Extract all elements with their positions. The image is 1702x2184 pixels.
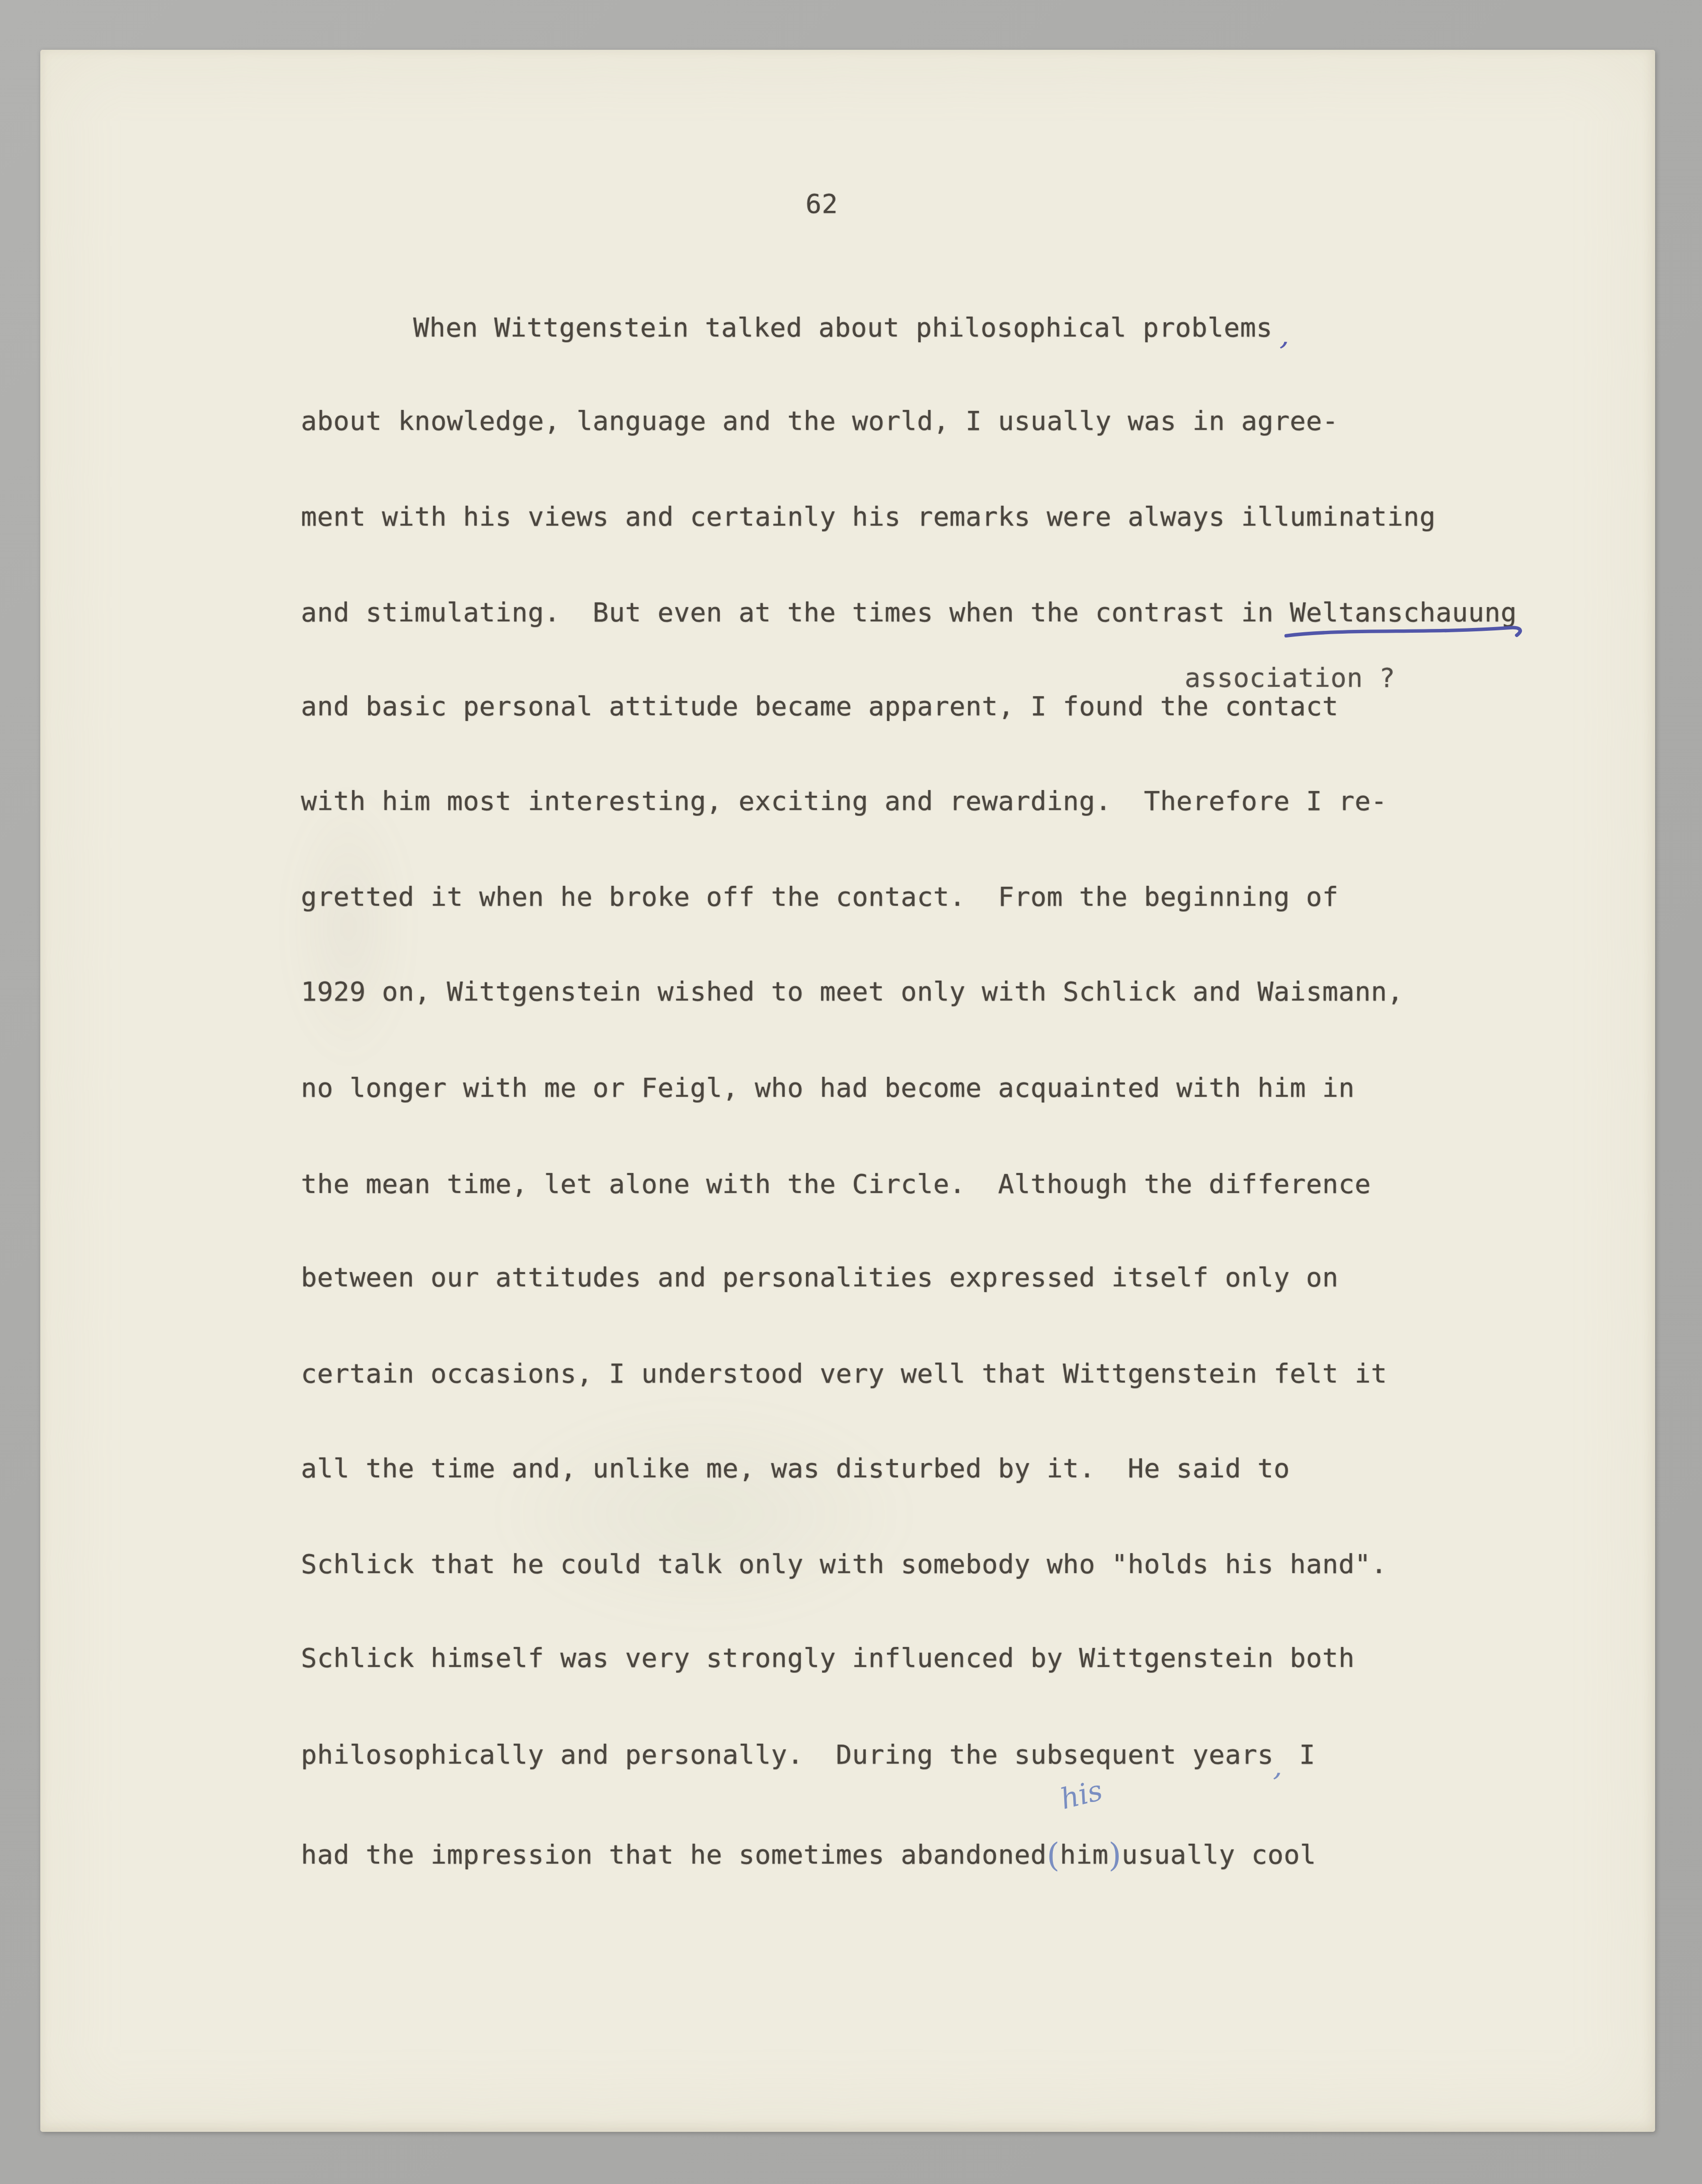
underlined-word: Weltanschauung	[1290, 598, 1517, 628]
typed-text: I	[1283, 1739, 1315, 1770]
handwritten-parenthesis-close: )	[1108, 1836, 1122, 1875]
typed-line-02: about knowledge, language and the world,…	[301, 407, 1339, 436]
typed-text: When Wittgenstein talked about philosoph…	[413, 312, 1272, 343]
typed-text: had the impression that he sometimes aba…	[301, 1839, 1047, 1870]
paper-smudge	[490, 1401, 917, 1628]
typed-line-13: all the time and, unlike me, was disturb…	[301, 1454, 1290, 1483]
typed-line-05: and basic personal attitude became appar…	[301, 692, 1339, 721]
page-number: 62	[806, 189, 838, 219]
typed-text: and stimulating. But even at the times w…	[301, 597, 1290, 628]
typed-line-04: and stimulating. But even at the times w…	[301, 598, 1517, 628]
typed-text: usually cool	[1122, 1839, 1316, 1870]
typed-text: philosophically and personally. During t…	[301, 1739, 1274, 1770]
typed-line-01: When Wittgenstein talked about philosoph…	[413, 310, 1291, 343]
typed-line-12: certain occasions, I understood very wel…	[301, 1359, 1387, 1389]
typed-line-14: Schlick that he could talk only with som…	[301, 1550, 1387, 1579]
typed-line-08: 1929 on, Wittgenstein wished to meet onl…	[301, 977, 1403, 1007]
typed-text: him	[1060, 1839, 1109, 1870]
typed-line-11: between our attitudes and personalities …	[301, 1263, 1339, 1292]
typed-line-09: no longer with me or Feigl, who had beco…	[301, 1074, 1355, 1103]
typed-line-16: philosophically and personally. During t…	[301, 1738, 1315, 1770]
handwritten-parenthesis-open: (	[1047, 1836, 1060, 1875]
typed-line-03: ment with his views and certainly his re…	[301, 502, 1436, 532]
paper-smudge	[287, 784, 410, 1069]
typed-line-07: gretted it when he broke off the contact…	[301, 883, 1339, 912]
inserted-typed-annotation: association ?	[1185, 663, 1395, 693]
typed-line-15: Schlick himself was very strongly influe…	[301, 1644, 1355, 1673]
handwritten-underline	[1283, 622, 1529, 642]
typed-line-10: the mean time, let alone with the Circle…	[301, 1170, 1371, 1199]
typed-line-06: with him most interesting, exciting and …	[301, 787, 1387, 816]
typed-line-17: had the impression that he sometimes aba…	[301, 1834, 1316, 1871]
